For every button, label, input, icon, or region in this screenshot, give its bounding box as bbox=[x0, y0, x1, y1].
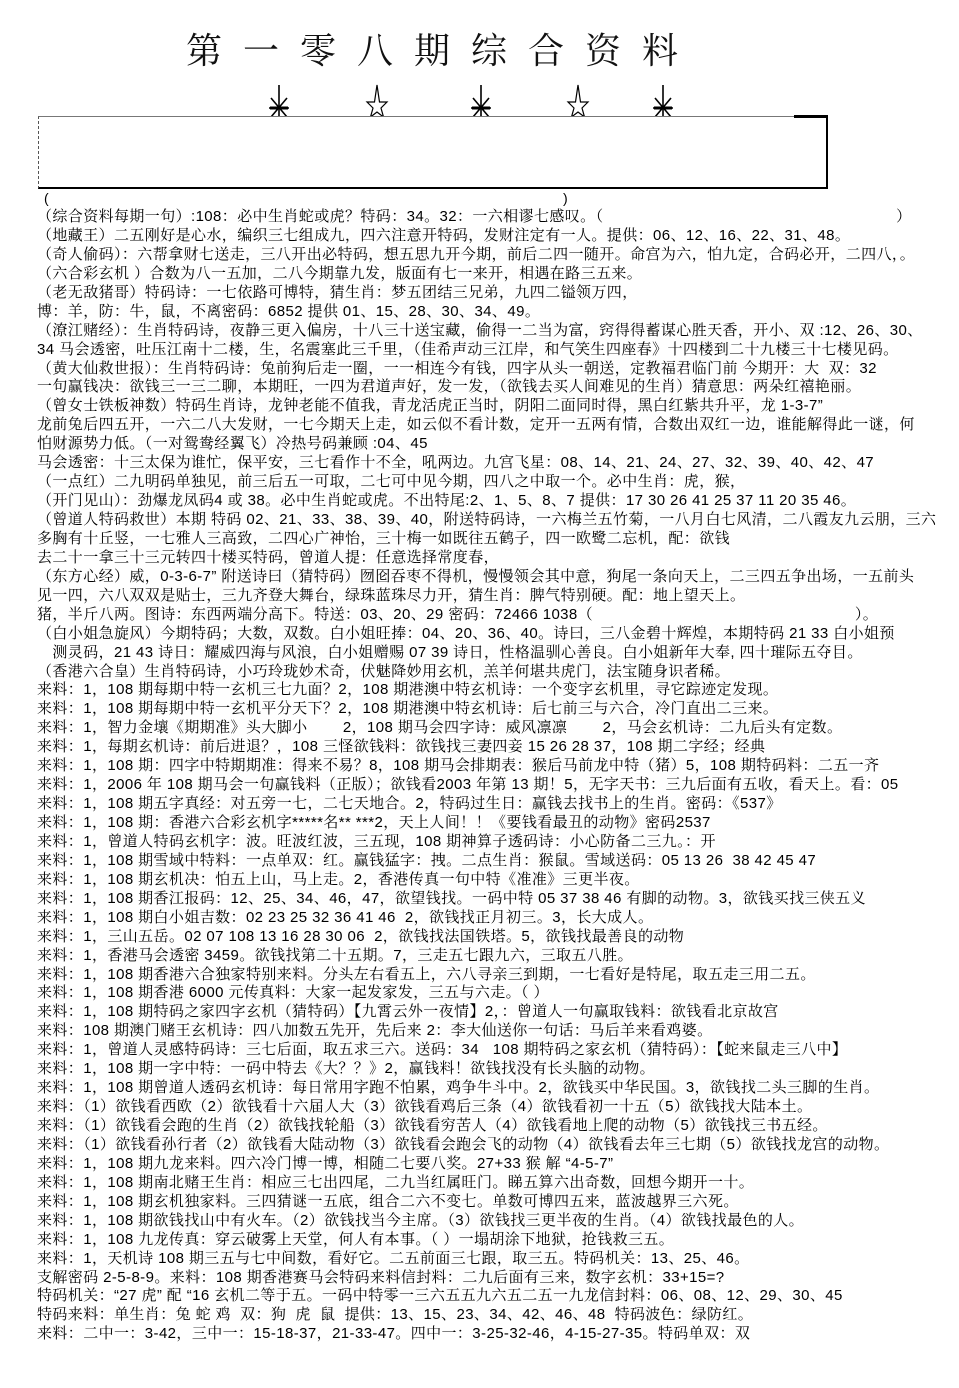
text-line: 来料：1，108 九龙传真：穿云破雾上天堂，何人有本事。（ ）一塌胡涂下地狱，抢… bbox=[37, 1231, 959, 1250]
open-paren: ( bbox=[44, 188, 49, 208]
text-line: 博：羊，防：牛，鼠，不离密码：6852 提供 01、15、28、30、34、49… bbox=[37, 303, 959, 322]
text-line: 来料：1，香港马会透密 3459。欲钱找第二十五期。7，三走五七跟九六，三取五八… bbox=[37, 947, 959, 966]
text-line: 见一四，六八双双是贴士，三九齐登大舞台，绿珠蓝珠尽力开，猜生肖：脾气特别硬。配：… bbox=[37, 587, 959, 606]
text-line: 来料：1，曾道人灵感特码诗：三七后面，取五求三六。送码：34 108 期特码之家… bbox=[37, 1041, 959, 1060]
text-line: 来料：1，天机诗 108 期三五与七中间数，看好它。二五前面三七跟，取三五。特码… bbox=[37, 1250, 959, 1269]
text-line: 测灵码，21 43 诗日：耀威四海与风浪，白小姐赠赐 07 39 诗日，性格温驯… bbox=[37, 644, 959, 663]
text-line: 来料：1，108 期：香港六合彩玄机字*****名** ***2，天上人间！！《… bbox=[37, 814, 959, 833]
text-line: 来料：1，108 期：四字中特期期准：得来不易？8，108 期马会排期表：猴后马… bbox=[37, 757, 959, 776]
text-line: 龙前兔后四五开，一六二八大发财，一七今期天上走，如云似不看计数，定开一五两有情，… bbox=[37, 416, 959, 435]
text-line: 来料：1，108 期欲钱找山中有火车。（2）欲钱找当今主席。（3）欲钱找三更半夜… bbox=[37, 1212, 959, 1231]
text-line: 马会透密：十三太保为谁忙，保平安，三七看作十不全，吼两边。九宫飞星：08、14、… bbox=[37, 454, 959, 473]
text-line: 来料：1，108 期曾道人透码玄机诗：每日常用字跑不怕累，鸡争牛斗中。2，欲钱买… bbox=[37, 1079, 959, 1098]
text-line: 特码来料：单生肖：兔 蛇 鸡 双：狗 虎 鼠 提供：13、15、23、34、42… bbox=[37, 1306, 959, 1325]
text-line: 来料：（1）欲钱看会跑的生肖（2）欲钱找轮船（3）欲钱看穷苦人（4）欲钱看地上爬… bbox=[37, 1117, 959, 1136]
text-line: （白小姐急旋风）今期特码；大数，双数。白小姐旺捧：04、20、36、40。诗曰，… bbox=[37, 625, 959, 644]
text-line: 来料：1，智力金壤《期期准》头大脚小 2，108 期马会四字诗：威风凛凛 2，马… bbox=[37, 719, 959, 738]
text-line: 来料：1，108 期每期中特一玄机平分天下？2，108 期港澳中特玄机诗：后七前… bbox=[37, 700, 959, 719]
asterisk-icon bbox=[267, 84, 291, 118]
text-line: （潦江赌经）：生肖特码诗，夜静三更入偏房，十八三十送宝藏，偷得一二当为富，窍得得… bbox=[37, 322, 959, 341]
text-line: 一句赢钱决：欲钱三一三二聊，本期旺，一四为君道声好，发一发，（欲钱去买人间难见的… bbox=[37, 378, 959, 397]
text-line: 来料：1，108 期玄机决：怕五上山，马上走。2，香港传真一句中特《准准》三更半… bbox=[37, 871, 959, 890]
text-line: 怕财源势力低。（一对鸳鸯经翼飞）冷热号码兼顾 :04、45 bbox=[37, 435, 959, 454]
text-line: 来料：1，108 期南北赌王生肖：相应三七出四尾，二九当红属旺门。睇五算六出奇数… bbox=[37, 1174, 959, 1193]
text-line: 来料：1，每期玄机诗：前后进退？，108 三怪欲钱料：欲钱找三妻四妾 15 26… bbox=[37, 738, 959, 757]
text-line: 来料：1，108 期一字中特：一码中特去《大？？》2，赢钱料！欲钱找没有长头脑的… bbox=[37, 1060, 959, 1079]
text-line: （六合彩玄机 ）合数为八一五加，二八今期靠九发，版面有七一来开，相遇在路三五来。 bbox=[37, 265, 959, 284]
text-line: 来料：1，曾道人特码玄机字：波。旺波红波，三五现，108 期神算子透码诗：小心防… bbox=[37, 833, 959, 852]
text-line: 来料：1，108 期特码之家四字玄机（猜特码）【九霄云外一夜情】2，：曾道人一句… bbox=[37, 1003, 959, 1022]
text-line: 来料：1，108 期五字真经：对五旁一七，二七天地合。2，特码过生日：赢钱去找书… bbox=[37, 795, 959, 814]
text-line: （老无敌猪哥）特码诗：一七依路可博特，猜生肖：梦五团结三兄弟，九四二镒领万四， bbox=[37, 284, 959, 303]
text-line: （开门见山）：劲爆龙凤码4 或 38。必中生肖蛇或虎。不出特尾:2、1、5、8、… bbox=[37, 492, 959, 511]
text-line: （综合资料每期一句）:108：必中生肖蛇或虎？特码：34。32：一六相谬七感叹。… bbox=[37, 208, 959, 227]
text-line: （东方心经）威，0-3-6-7” 附送诗曰（猜特码）囫囵吞枣不得机，慢慢领会其中… bbox=[37, 568, 959, 587]
text-line: 去二十一拿三十三元转四十楼买特码，曾道人提：任意选择常度春， bbox=[37, 549, 959, 568]
text-line: 多胸有十丘竖，一七雅人三高致，二四心广神怡，三十梅一如既往五鹤子，四一欧鹭二忘机… bbox=[37, 530, 959, 549]
text-line: （香港六合皇）生肖特码诗，小巧玲珑妙术奇，伏魅降妙用玄机，羔羊何堪共虎门，法宝随… bbox=[37, 663, 959, 682]
text-line: 来料：二中一：3-42，三中一：15-18-37，21-33-47。四中一：3-… bbox=[37, 1325, 959, 1344]
star-row bbox=[0, 84, 959, 118]
text-line: 来料：1，三山五岳。02 07 108 13 16 28 30 06 2，欲钱找… bbox=[37, 928, 959, 947]
asterisk-icon bbox=[651, 84, 675, 118]
star-outline-icon bbox=[566, 84, 590, 118]
text-line: （曾道人特码救世）本期 特码 02、21、33、38、39、40，附送特码诗，一… bbox=[37, 511, 959, 530]
close-paren: ) bbox=[563, 188, 568, 208]
text-line: 34 马会透密，吐压江南十二楼，生，名震塞此三千里，（佳希声动三江岸，和气笑生四… bbox=[37, 341, 959, 360]
text-line: 来料：1，2006 年 108 期马会一句赢钱料（正版）；欲钱看2003 年第 … bbox=[37, 776, 959, 795]
text-line: （奇人偷码）：六帮拿财七送走，三八开出必特码，想五思九开今期，前后二四一随开。命… bbox=[37, 246, 959, 265]
asterisk-icon bbox=[469, 84, 493, 118]
text-line: （地藏王）二五刚好是心水，编织三七组成九，四六注意开特码，发财注定有一人。提供：… bbox=[37, 227, 959, 246]
text-line: 特码机关：“27 虎” 配 “16 玄机二等于五。一码中特零一三六五五九六五二五… bbox=[37, 1287, 959, 1306]
text-line: 来料：（1）欲钱看孙行者（2）欲钱看大陆动物（3）欲钱看会跑会飞的动物（4）欲钱… bbox=[37, 1136, 959, 1155]
text-line: （一点红）二九明码单独见，前三后五一可取，二七可中见今期，四八之中取一个。必中生… bbox=[37, 473, 959, 492]
text-line: 来料：1，108 期香港六合独家特别来料。分头左右看五上，六八寻亲三到期，一七看… bbox=[37, 966, 959, 985]
text-line: 猪，半斤八两。图诗：东西两端分高下。特送：03、20、29 密码：72466 1… bbox=[37, 606, 959, 625]
page-title: 第一零八期综合资料 bbox=[186, 30, 699, 74]
text-line: 来料：1，108 期玄机独家料。三四猜谜一五底，组合二六不变七。单数可博四五来，… bbox=[37, 1193, 959, 1212]
text-line: 来料：（1）欲钱看西欧（2）欲钱看十六届人大（3）欲钱看鸡后三条（4）欲钱看初一… bbox=[37, 1098, 959, 1117]
text-line: 来料：1，108 期白小姐吉数：02 23 25 32 36 41 46 2，欲… bbox=[37, 909, 959, 928]
box-corner-accent bbox=[794, 115, 828, 118]
text-line: 来料：1，108 期香江报码：12、25、34、46，47，欲望钱找。一码中特 … bbox=[37, 890, 959, 909]
text-line: （曾女士铁板神数）特码生肖诗，龙钟老能不值我，青龙活虎正当时，阴阳二面同时得，黑… bbox=[37, 397, 959, 416]
text-line: 来料：1，108 期香港 6000 元传真料：大家一起发家发，三五与六走。（ ） bbox=[37, 984, 959, 1003]
text-line: （黄大仙救世报）：生肖特码诗：兔前狗后走一圈，一一相连今有钱，四字从头一朝送，定… bbox=[37, 360, 959, 379]
text-line: 来料：1，108 期雪域中特料：一点单双：红。赢钱猛字：拽。二点生肖：猴鼠。雪域… bbox=[37, 852, 959, 871]
notice-box bbox=[38, 116, 828, 189]
star-outline-icon bbox=[365, 84, 389, 118]
text-line: 来料：108 期澳门赌王玄机诗：四八加数五先开，先后来 2：李大仙送你一句话：马… bbox=[37, 1022, 959, 1041]
document-body: （综合资料每期一句）:108：必中生肖蛇或虎？特码：34。32：一六相谬七感叹。… bbox=[37, 208, 959, 1344]
text-line: 支解密码 2-5-8-9。来料：108 期香港赛马会特码来料信封料：二九后面有三… bbox=[37, 1269, 959, 1288]
text-line: 来料：1，108 期九龙来料。四六冷门博一博，相随二七要八奖。27+33 猴 解… bbox=[37, 1155, 959, 1174]
text-line: 来料：1，108 期每期中特一玄机三七九面？2，108 期港澳中特玄机诗：一个变… bbox=[37, 681, 959, 700]
